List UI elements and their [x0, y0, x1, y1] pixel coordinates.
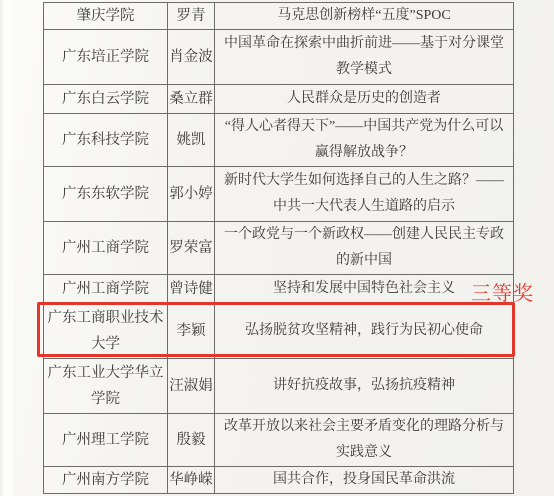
school-cell: 广东工业大学华立 学院 [44, 359, 168, 414]
teacher-cell: 殷毅 [168, 414, 215, 467]
table-row: 广东科技学院 姚凯 “得人心者得天下”——中国共产党为什么可以 赢得解放战争？ [44, 114, 514, 167]
course-title-cell: 马克思创新榜样“五度”SPOC [215, 3, 514, 30]
course-title-cell: “得人心者得天下”——中国共产党为什么可以 赢得解放战争？ [215, 114, 514, 167]
table-row: 广州工商学院 罗荣富 一个政党与一个新政权——创建人民民主专政 的新中国 [44, 222, 514, 275]
teacher-cell: 华峥嵘 [168, 467, 215, 494]
table-row: 广州南方学院 华峥嵘 国共合作，投身国民革命洪流 [44, 467, 514, 494]
course-title-cell: 人民群众是历史的创造者 [215, 85, 514, 114]
scanned-award-document: 肇庆学院 罗青 马克思创新榜样“五度”SPOC 广东培正学院 肖金波 中国革命在… [0, 0, 554, 496]
school-cell: 广东科技学院 [44, 114, 168, 167]
school-cell: 广东培正学院 [44, 30, 168, 85]
teacher-cell: 肖金波 [168, 30, 215, 85]
school-cell: 肇庆学院 [44, 3, 168, 30]
school-cell: 广东白云学院 [44, 85, 168, 114]
award-table: 肇庆学院 罗青 马克思创新榜样“五度”SPOC 广东培正学院 肖金波 中国革命在… [43, 2, 514, 494]
table-row: 广东东软学院 郭小婷 新时代大学生如何选择自己的人生之路？—— 中共一大代表人生… [44, 167, 514, 222]
teacher-cell: 罗青 [168, 3, 215, 30]
teacher-cell: 罗荣富 [168, 222, 215, 275]
teacher-cell: 汪淑娟 [168, 359, 215, 414]
teacher-cell: 郭小婷 [168, 167, 215, 222]
course-title-cell: 一个政党与一个新政权——创建人民民主专政 的新中国 [215, 222, 514, 275]
course-title-cell: 中国革命在探索中曲折前进——基于对分课堂 教学模式 [215, 30, 514, 85]
teacher-cell: 曾诗健 [168, 275, 215, 304]
table-row: 广州工商学院 曾诗健 坚持和发展中国特色社会主义 [44, 275, 514, 304]
school-cell: 广州理工学院 [44, 414, 168, 467]
course-title-cell: 国共合作，投身国民革命洪流 [215, 467, 514, 494]
course-title-cell: 新时代大学生如何选择自己的人生之路？—— 中共一大代表人生道路的启示 [215, 167, 514, 222]
course-title-cell: 坚持和发展中国特色社会主义 [215, 275, 514, 304]
table-row: 广东白云学院 桑立群 人民群众是历史的创造者 [44, 85, 514, 114]
table-row: 广东培正学院 肖金波 中国革命在探索中曲折前进——基于对分课堂 教学模式 [44, 30, 514, 85]
course-title-cell: 弘扬脱贫攻坚精神，践行为民初心使命 [215, 304, 514, 359]
school-cell: 广东工商职业技术 大学 [44, 304, 168, 359]
table-row-highlighted: 广东工商职业技术 大学 李颖 弘扬脱贫攻坚精神，践行为民初心使命 [44, 304, 514, 359]
course-title-cell: 改革开放以来社会主要矛盾变化的理路分析与 实践意义 [215, 414, 514, 467]
school-cell: 广州南方学院 [44, 467, 168, 494]
page-left-margin [0, 0, 13, 496]
award-grade-annotation: 三等奖 [471, 277, 534, 306]
teacher-cell: 姚凯 [168, 114, 215, 167]
school-cell: 广东东软学院 [44, 167, 168, 222]
school-cell: 广州工商学院 [44, 222, 168, 275]
teacher-cell: 李颖 [168, 304, 215, 359]
course-title-cell: 讲好抗疫故事，弘扬抗疫精神 [215, 359, 514, 414]
school-cell: 广州工商学院 [44, 275, 168, 304]
table-row: 肇庆学院 罗青 马克思创新榜样“五度”SPOC [44, 3, 514, 30]
teacher-cell: 桑立群 [168, 85, 215, 114]
table-row: 广东工业大学华立 学院 汪淑娟 讲好抗疫故事，弘扬抗疫精神 [44, 359, 514, 414]
table-row: 广州理工学院 殷毅 改革开放以来社会主要矛盾变化的理路分析与 实践意义 [44, 414, 514, 467]
